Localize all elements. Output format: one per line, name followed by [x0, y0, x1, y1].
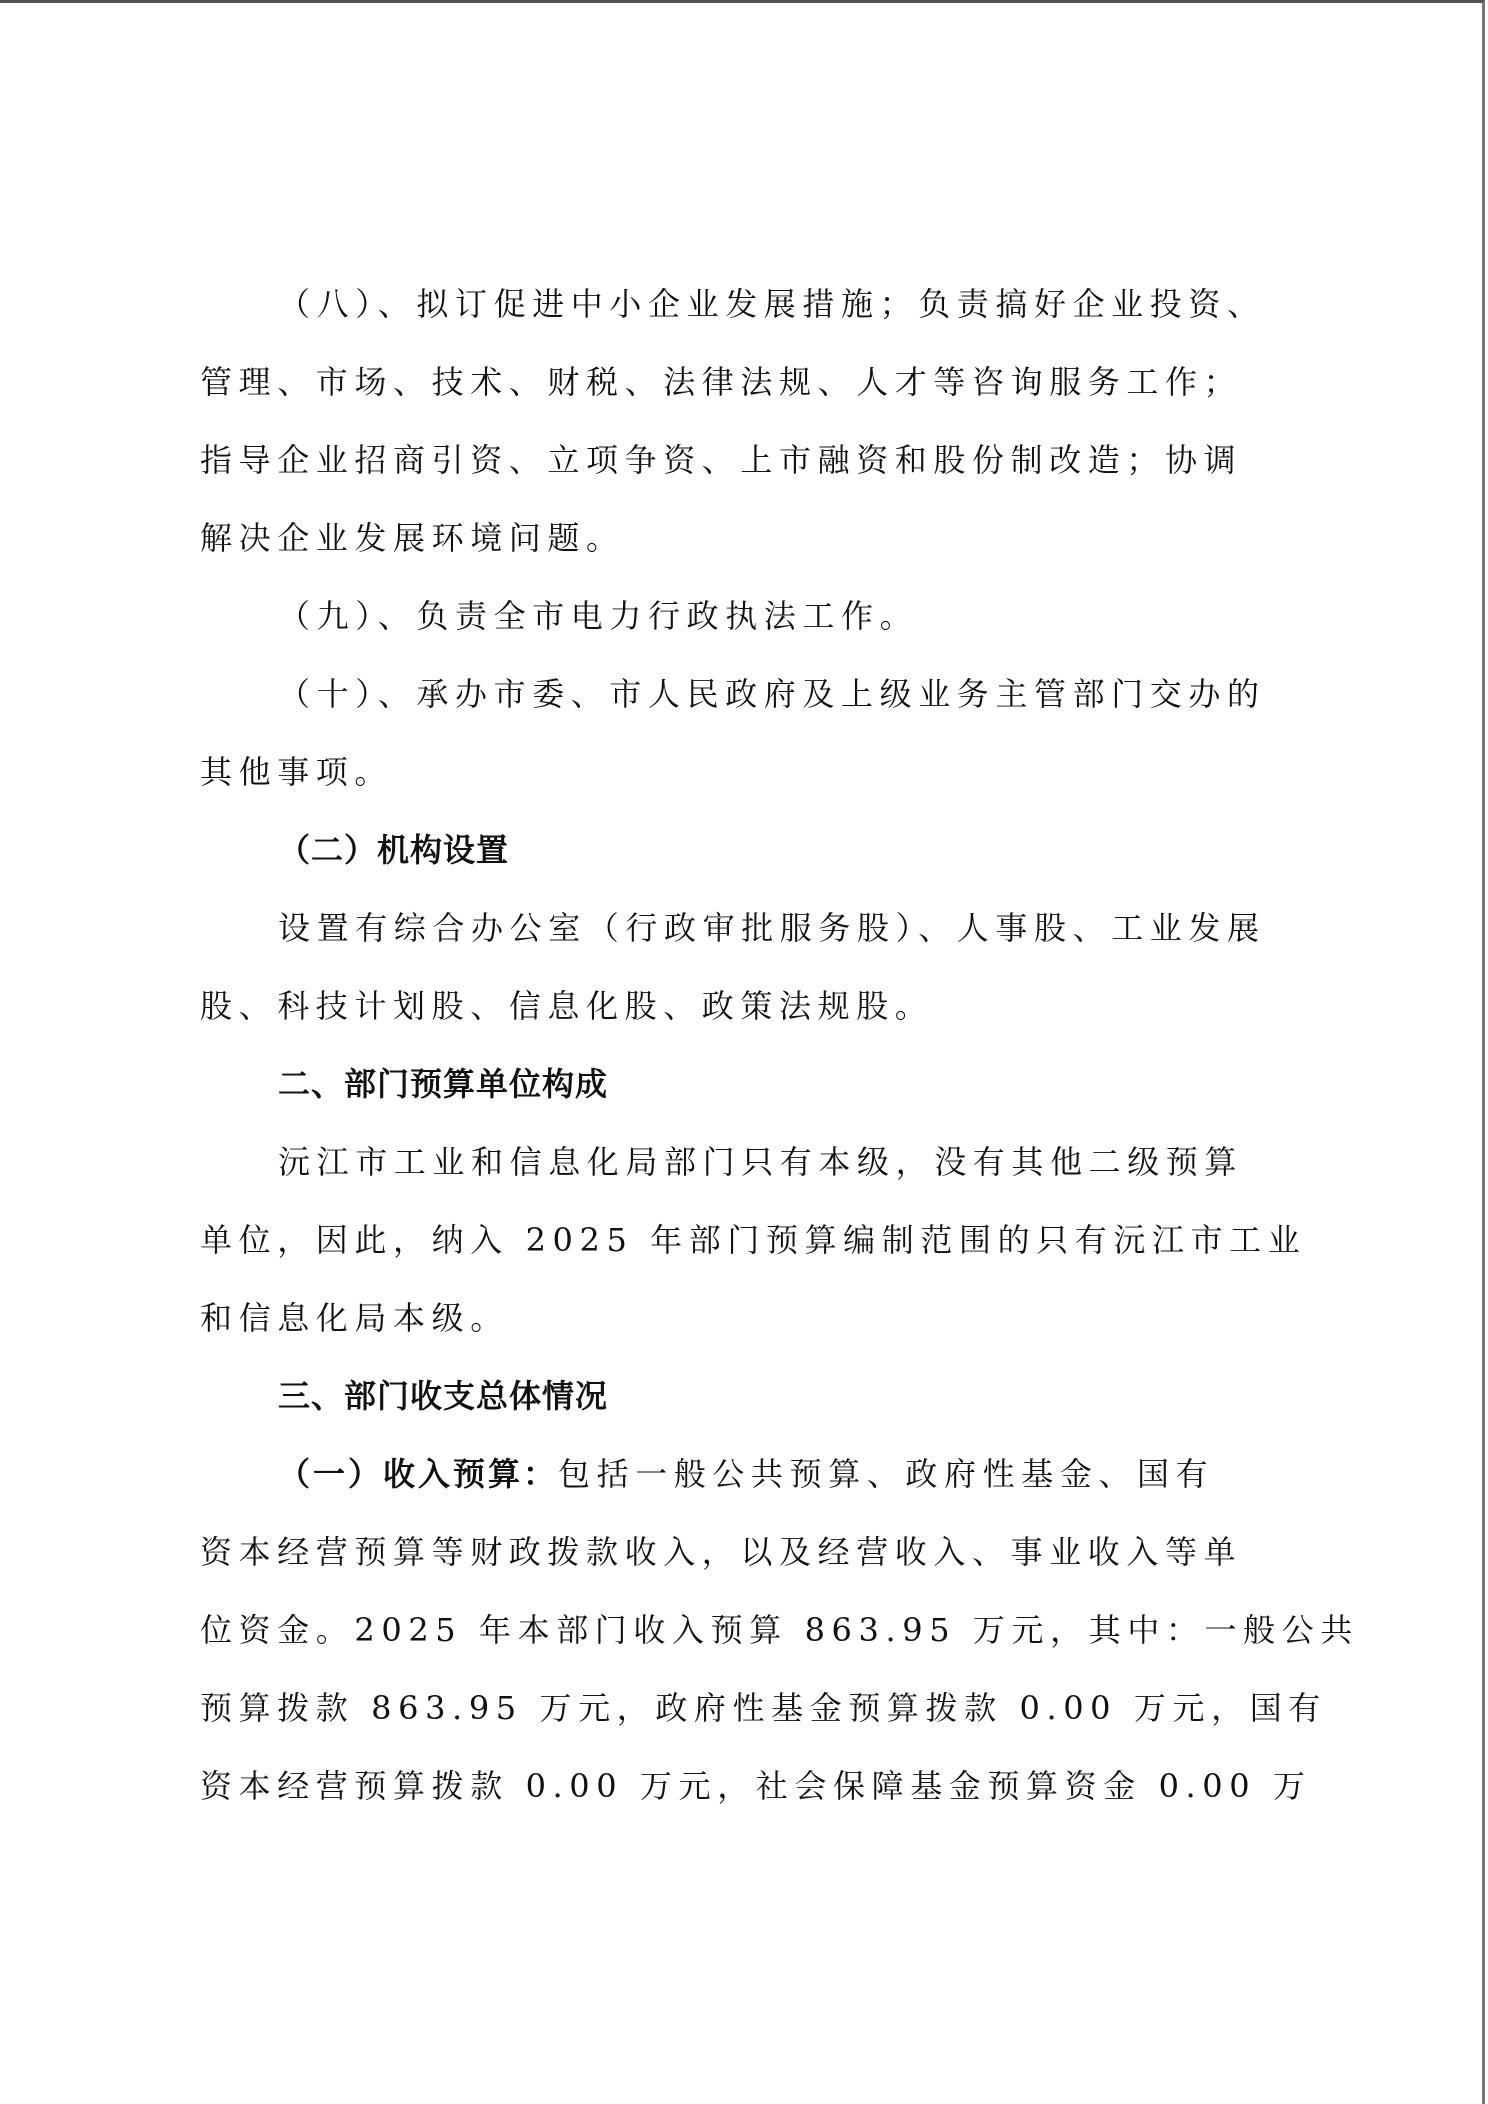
paragraph-duty-10-line-2: 其他事项。	[200, 733, 1292, 811]
budget-units-line-3: 和信息化局本级。	[200, 1279, 1292, 1357]
paragraph-duty-8-line-2: 管理、市场、技术、财税、法律法规、人才等咨询服务工作；	[200, 343, 1292, 421]
document-page: （八）、拟订促进中小企业发展措施；负责搞好企业投资、 管理、市场、技术、财税、法…	[0, 0, 1485, 2104]
organization-line-2: 股、科技计划股、信息化股、政策法规股。	[200, 967, 1292, 1045]
paragraph-duty-8-line-3: 指导企业招商引资、立项争资、上市融资和股份制改造；协调	[200, 421, 1292, 499]
income-budget-first-line-text: 包括一般公共预算、政府性基金、国有	[558, 1455, 1214, 1493]
income-budget-line-1: （一）收入预算：包括一般公共预算、政府性基金、国有	[200, 1435, 1292, 1513]
budget-units-line-1: 沅江市工业和信息化局部门只有本级，没有其他二级预算	[200, 1123, 1292, 1201]
budget-units-line-2: 单位，因此，纳入 2025 年部门预算编制范围的只有沅江市工业	[200, 1201, 1292, 1279]
subheading-organization: （二）机构设置	[200, 811, 1292, 889]
income-budget-line-5: 资本经营预算拨款 0.00 万元，社会保障基金预算资金 0.00 万	[200, 1747, 1292, 1825]
income-budget-line-3: 位资金。2025 年本部门收入预算 863.95 万元，其中：一般公共	[200, 1591, 1292, 1669]
section-heading-revenue-expenditure: 三、部门收支总体情况	[200, 1357, 1292, 1435]
paragraph-duty-10-line-1: （十）、承办市委、市人民政府及上级业务主管部门交办的	[200, 655, 1292, 733]
page-body: （八）、拟订促进中小企业发展措施；负责搞好企业投资、 管理、市场、技术、财税、法…	[200, 265, 1292, 1825]
income-budget-lead: （一）收入预算：	[278, 1455, 558, 1493]
income-budget-line-4: 预算拨款 863.95 万元，政府性基金预算拨款 0.00 万元，国有	[200, 1669, 1292, 1747]
income-budget-line-2: 资本经营预算等财政拨款收入，以及经营收入、事业收入等单	[200, 1513, 1292, 1591]
paragraph-duty-8-line-4: 解决企业发展环境问题。	[200, 499, 1292, 577]
paragraph-duty-9-line-1: （九）、负责全市电力行政执法工作。	[200, 577, 1292, 655]
organization-line-1: 设置有综合办公室（行政审批服务股）、人事股、工业发展	[200, 889, 1292, 967]
paragraph-duty-8-line-1: （八）、拟订促进中小企业发展措施；负责搞好企业投资、	[200, 265, 1292, 343]
section-heading-budget-units: 二、部门预算单位构成	[200, 1045, 1292, 1123]
